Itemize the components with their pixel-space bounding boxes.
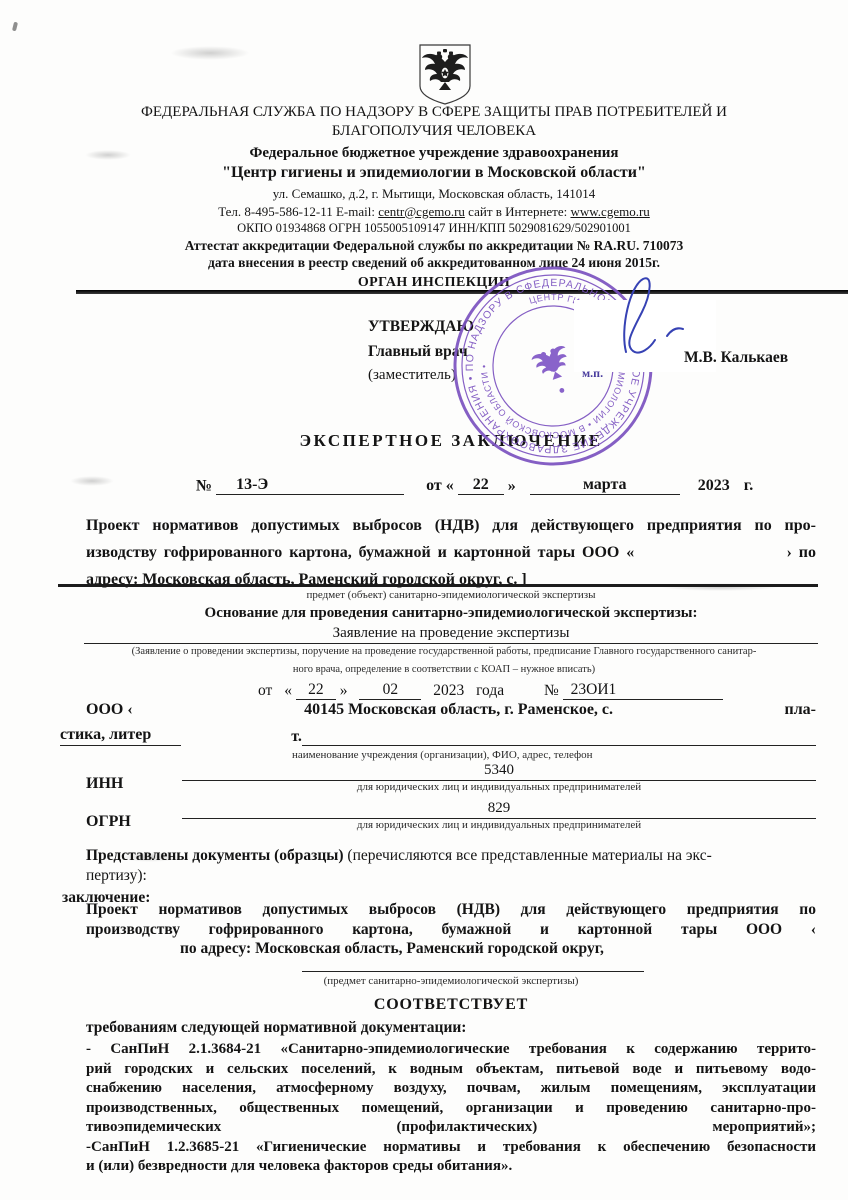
text-line: производственных, общественных помещений… [86,1099,816,1119]
scan-smudge [70,476,114,486]
applicant-line2-value: т. [291,728,302,746]
verdict-result: СООТВЕТСТВУЕТ [86,996,816,1014]
expertise-subject-paragraph: Проект нормативов допустимых выбросов (Н… [86,512,816,593]
ogrn-field: 829 для юридических лиц и индивидуальных… [182,800,816,831]
website-text: www.cgemo.ru [570,204,649,219]
text-line: Проект нормативов допустимых выбросов (Н… [86,900,816,920]
inn-caption: для юридических лиц и индивидуальных пре… [182,781,816,793]
site-label: сайт в Интернете: [465,204,571,219]
text-line: изводству гофрированного картона, бумажн… [86,539,816,566]
normative-requirements: - СанПиН 2.1.3684-21 «Санитарно-эпидемио… [86,1040,816,1177]
ogrn-value: 829 [182,800,816,819]
basis-heading: Основание для проведения санитарно-эпиде… [86,605,816,622]
subject-caption: предмет (объект) санитарно-эпидемиологич… [86,589,816,601]
document-title: ЭКСПЕРТНОЕ ЗАКЛЮЧЕНИЕ [86,431,816,451]
text-line: Проект нормативов допустимых выбросов (Н… [86,512,816,539]
from-label: от « [426,477,454,494]
year-word: года [476,682,504,699]
applicant-name-wrap: стика, литер [60,726,181,746]
documents-label: Представлены документы (образцы) [86,847,344,864]
agency-name-line1: ФЕДЕРАЛЬНАЯ СЛУЖБА ПО НАДЗОРУ В СФЕРЕ ЗА… [40,103,828,122]
approver-deputy: (заместитель) [368,367,456,384]
accreditation-line2: дата внесения в реестр сведений об аккре… [40,255,828,272]
verdict-intro: требованиям следующей нормативной докуме… [86,1019,466,1037]
contact-line: Тел. 8-495-586-12-11 E-mail: centr@cgemo… [40,204,828,220]
ogrn-row: ОГРН 829 для юридических лиц и индивидуа… [86,800,816,831]
application-number-field: 23ОИ1 [563,681,723,700]
basis-caption-line2: ного врача, определение в соответствии с… [60,664,828,675]
text-line: рий городских и сельских поселений, к во… [86,1060,816,1080]
month-field: марта [530,476,680,495]
number-field: 13-Э [216,476,404,495]
inspection-body-label: ОРГАН ИНСПЕКЦИИ [40,274,828,292]
year-value: 2023 [698,477,730,494]
signature [612,270,707,360]
inn-row: ИНН 5340 для юридических лиц и индивидуа… [86,762,816,793]
applicant-tail-fragment: пла- [784,701,816,719]
agency-name-line2: БЛАГОПОЛУЧИЯ ЧЕЛОВЕКА [40,122,828,141]
basis-caption-line1: (Заявление о проведении экспертизы, пору… [60,646,828,657]
applicant-address-value: 40145 Московская область, г. Раменское, … [133,701,785,719]
coat-of-arms-icon [415,44,475,106]
month-field: 02 [359,681,421,700]
address-text: ул. Семашко, д.2, г. Мытищи, Московская … [273,186,596,201]
number-label: № [544,682,559,699]
registry-codes: ОКПО 01934868 ОГРН 1055005109147 ИНН/КПП… [40,221,828,237]
subject-underline-rule [58,584,818,587]
documents-paragraph: Представлены документы (образцы) (перечи… [86,845,816,867]
stamp-eagle-icon [530,344,579,399]
number-label: № [196,477,212,494]
basis-date-row: от « 22 » 02 2023 года № 23ОИ1 [258,681,723,700]
accreditation-line1: Аттестат аккредитации Федеральной службы… [40,238,828,255]
basis-value: Заявление на проведение экспертизы [86,625,816,642]
inn-label: ИНН [86,775,182,793]
scan-speck [12,22,18,32]
day-field: 22 [296,681,336,700]
org-type: Федеральное бюджетное учреждение здравоо… [40,144,828,163]
org-address: ул. Семашко, д.2, г. Мытищи, Московская … [40,186,828,202]
inn-field: 5340 для юридических лиц и индивидуальны… [182,762,816,793]
ooo-label: ООО ‹ [86,701,133,719]
scan-smudge [170,46,250,60]
ogrn-label: ОГРН [86,813,182,831]
seal-place-mark: м.п. [582,366,603,381]
open-quote: « [284,682,292,699]
letterhead: ФЕДЕРАЛЬНАЯ СЛУЖБА ПО НАДЗОРУ В СФЕРЕ ЗА… [40,103,828,292]
from-label: от [258,682,272,699]
signer-name: М.В. Калькаев [684,349,788,367]
basis-underline-rule [84,643,818,644]
year-value: 2023 [433,682,464,699]
text-line: тивоэпидемических (профилактических) мер… [86,1118,816,1138]
number-value: 13-Э [236,476,268,493]
blank-line [302,725,816,746]
text-line: - СанПиН 2.1.3684-21 «Санитарно-эпидемио… [86,1040,816,1060]
text-line: производству гофрированного картона, бум… [86,920,816,940]
ogrn-caption: для юридических лиц и индивидуальных пре… [182,819,816,831]
application-number-value: 23ОИ1 [571,681,617,698]
text-line: по адресу: Московская область, Раменский… [180,939,816,959]
documents-line2: пертизу): [86,867,147,885]
scanned-document-page: { "header": { "agency_line1": "ФЕДЕРАЛЬН… [0,0,848,1200]
phone-text: Тел. 8-495-586-12-11 E-mail: [218,204,378,219]
conclusion-underline-rule [302,971,644,972]
conclusion-paragraph: Проект нормативов допустимых выбросов (Н… [86,900,816,959]
applicant-row-1: ООО ‹ 40145 Московская область, г. Рамен… [86,701,816,719]
applicant-row-2: стика, литер т. [60,725,816,746]
documents-note: (перечисляются все представленные матери… [344,847,712,864]
text-line: -СанПиН 1.2.3685-21 «Гигиенические норма… [86,1138,816,1158]
text-line: и (или) безвредности для человека фактор… [86,1157,816,1177]
applicant-caption: наименование учреждения (организации), Ф… [292,749,593,761]
text-line: снабжению населения, атмосферному воздух… [86,1079,816,1099]
year-suffix: г. [744,477,753,494]
number-date-line: № 13-Э от « 22 » марта 2023 г. [196,476,753,495]
conclusion-caption: (предмет санитарно-эпидемиологической эк… [86,975,816,987]
email-text: centr@cgemo.ru [378,204,465,219]
org-name: "Центр гигиены и эпидемиологии в Московс… [40,163,828,183]
close-quote: » [340,682,348,699]
inn-value: 5340 [182,762,816,781]
